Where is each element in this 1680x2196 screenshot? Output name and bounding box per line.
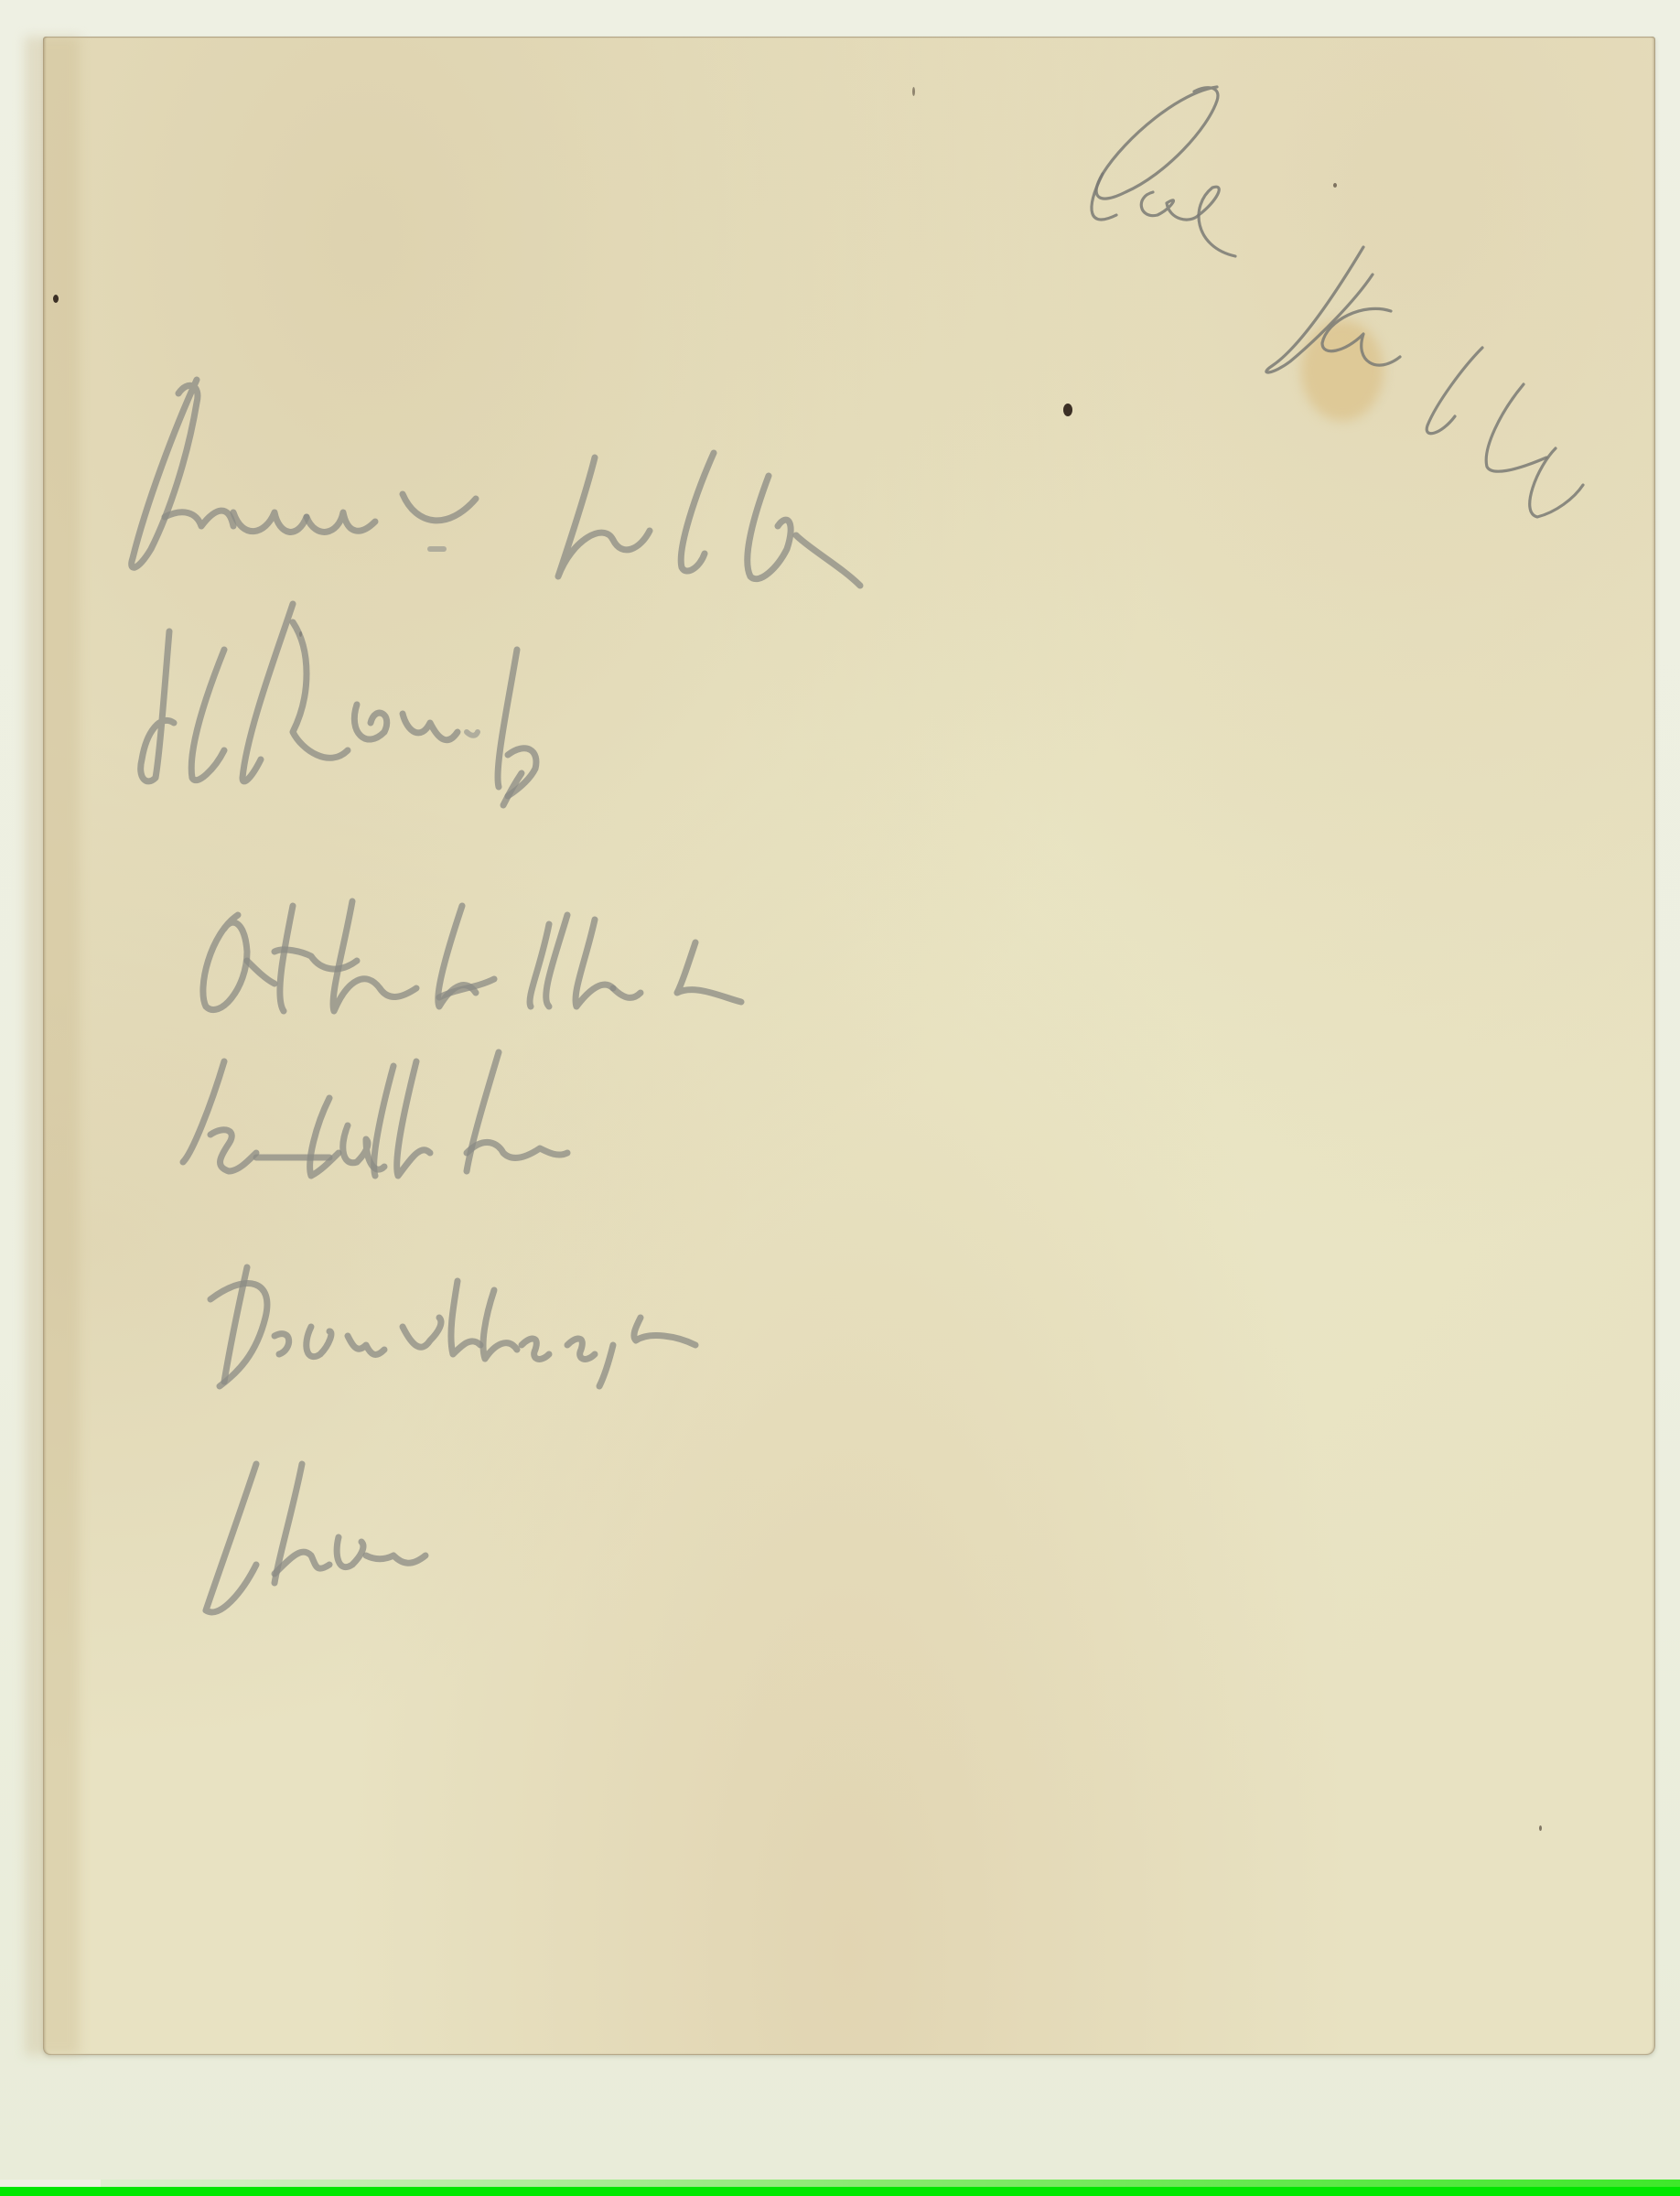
line-4-le-calle [183,1052,567,1176]
color-calibration-bar [0,2187,1680,2196]
line-1-bruno-del [132,380,860,586]
handwriting [0,0,1680,2196]
scan-edge-highlight [101,2180,1680,2187]
line-5-dicembre [210,1267,695,1386]
annotation-cavalli [1092,87,1583,517]
line-2-del-rosario [141,604,536,805]
line-6-como [206,1464,425,1612]
line-3-ottobre [203,901,741,1011]
